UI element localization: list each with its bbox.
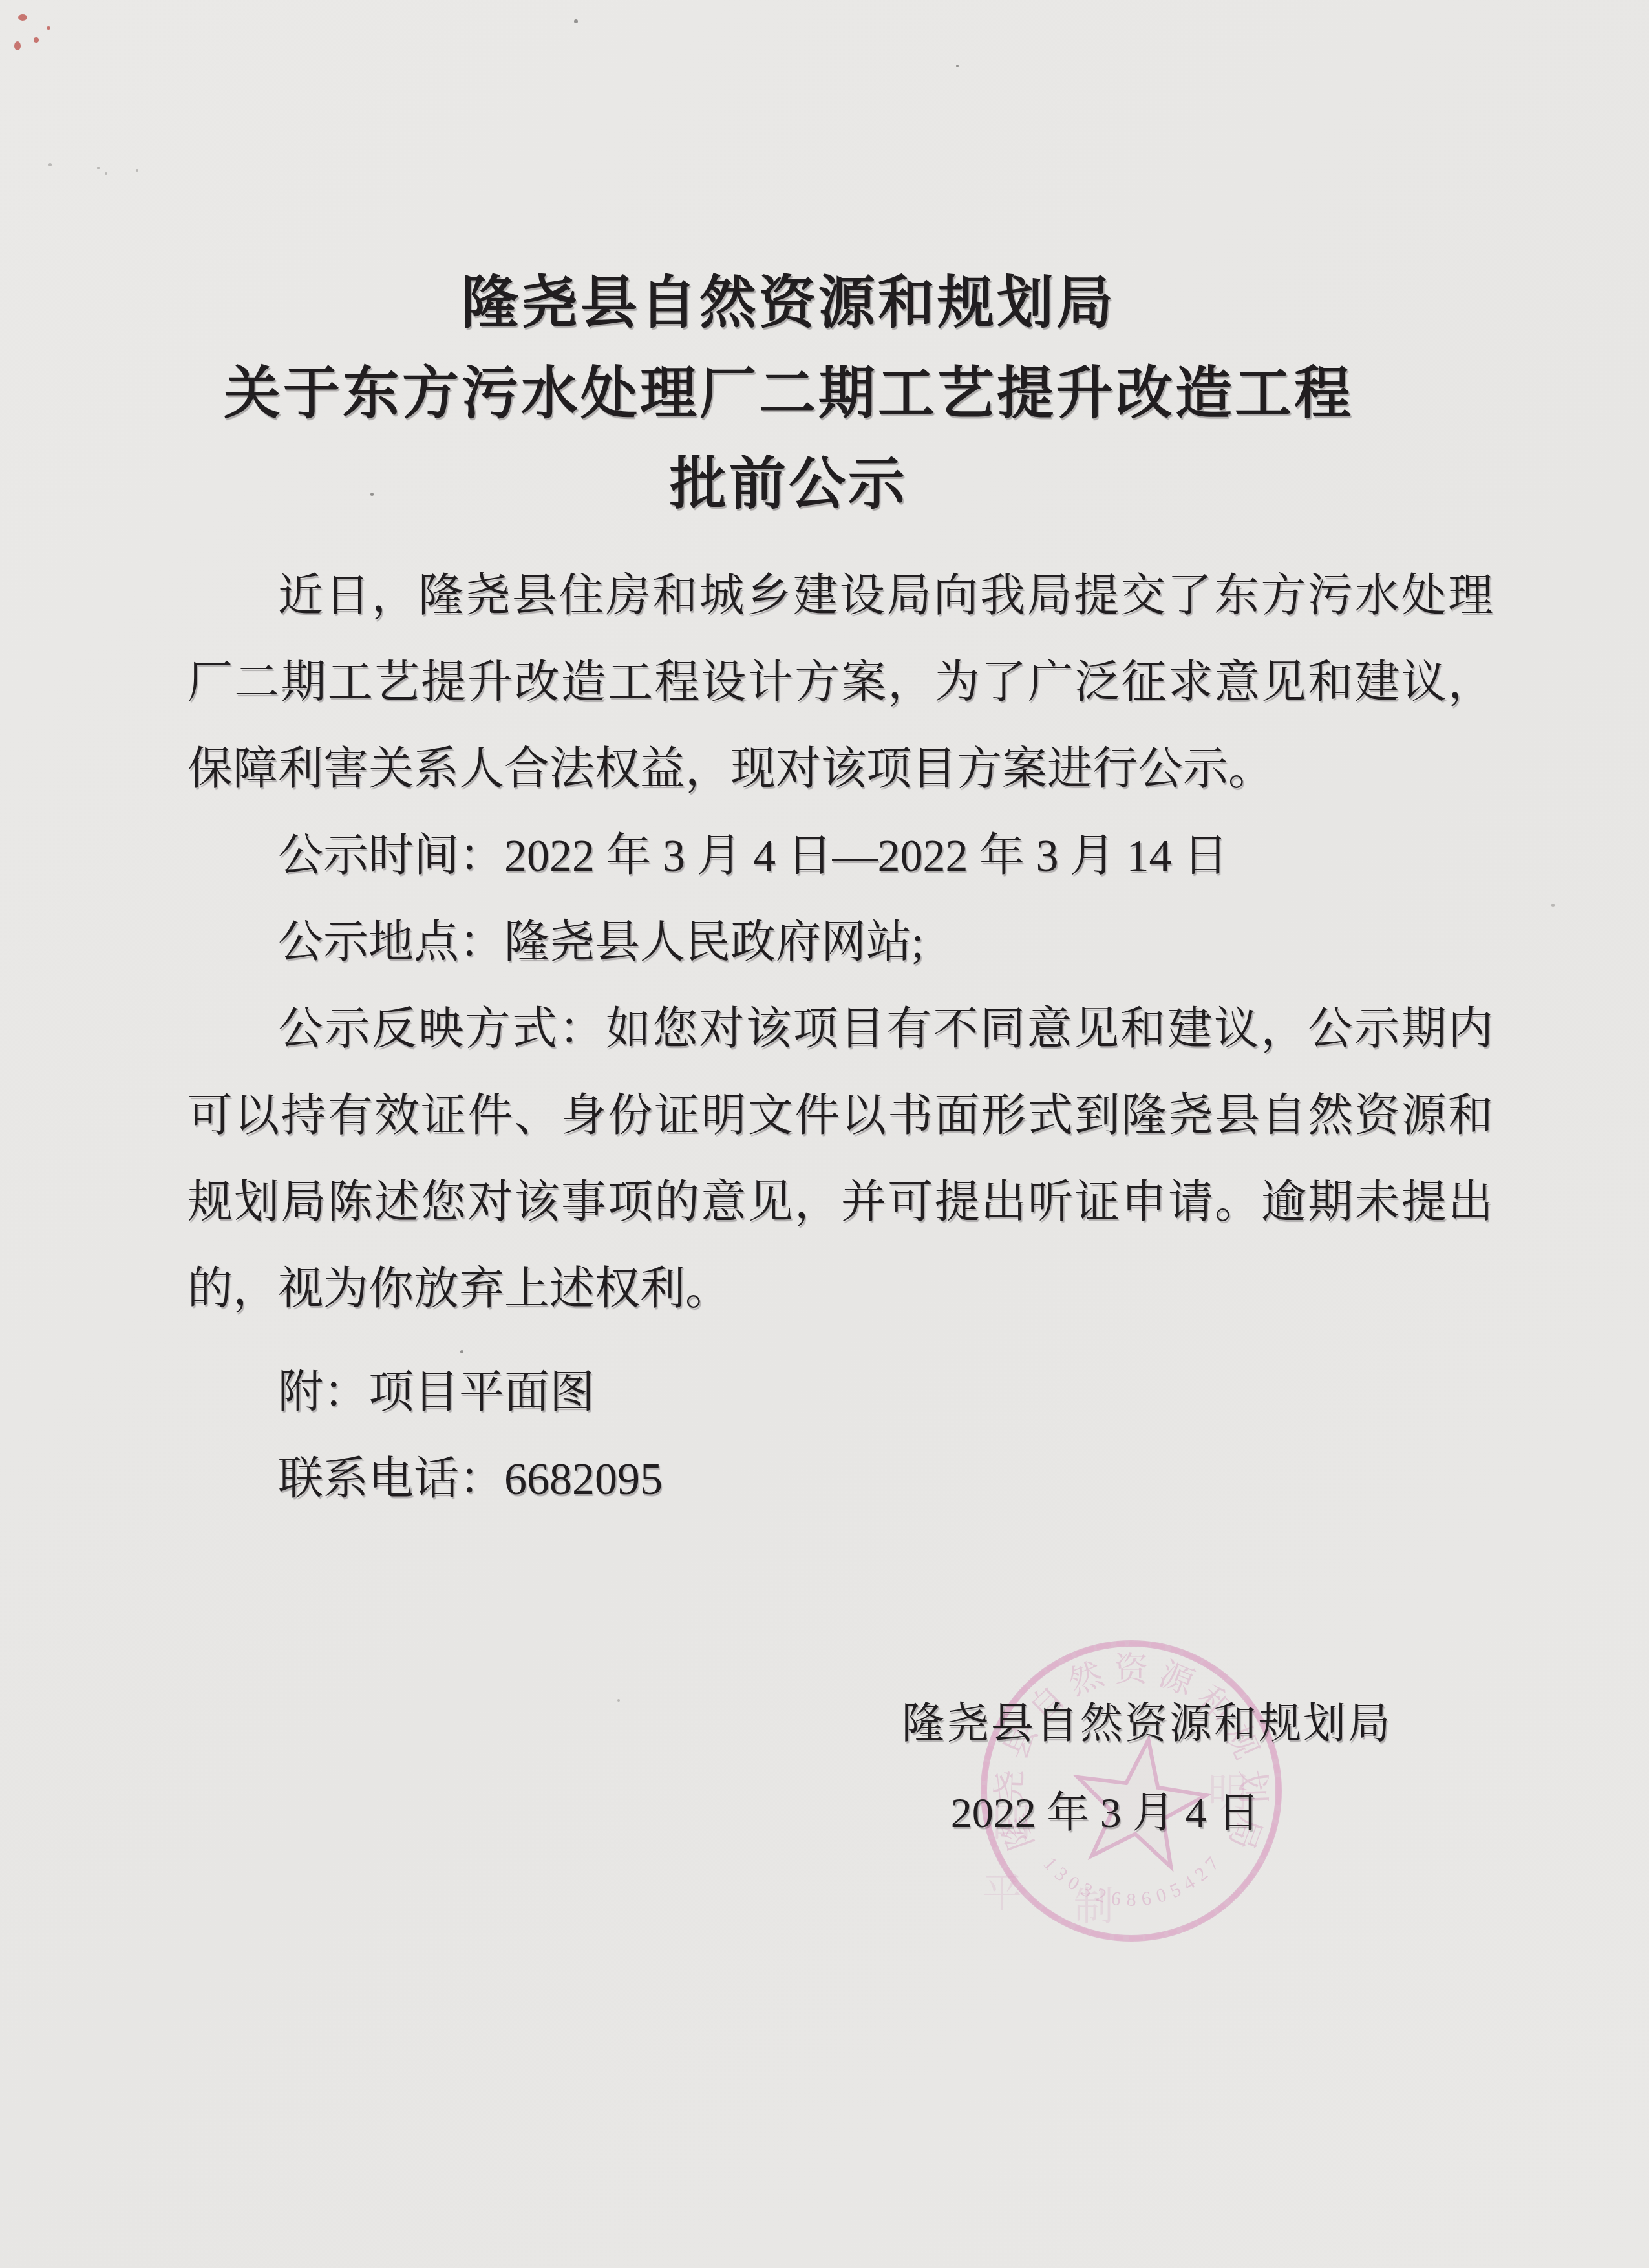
scan-speck xyxy=(14,41,21,50)
seal-code-digit: 2 xyxy=(1094,1884,1109,1907)
seal-ghost-glyph: 平 xyxy=(982,1872,1022,1916)
body-line: 公示反映方式：如您对该项目有不同意见和建议，公示期内 xyxy=(187,994,1493,1065)
body-line: 厂二期工艺提升改造工程设计方案，为了广泛征求意见和建议， xyxy=(187,648,1493,719)
seal-code-digit: 3 xyxy=(1050,1863,1072,1886)
scan-speck xyxy=(956,65,959,67)
scan-speck xyxy=(34,37,39,43)
document-title-line-1: 隆尧县自然资源和规划局 xyxy=(0,259,1577,349)
scan-speck xyxy=(47,26,50,30)
seal-code-digit: 0 xyxy=(1064,1872,1083,1895)
scan-speck xyxy=(617,1699,620,1702)
seal-ghost-glyph: 制 xyxy=(1074,1885,1114,1929)
contact-phone-line: 联系电话：6682095 xyxy=(187,1444,663,1515)
scan-speck xyxy=(48,163,52,166)
seal-code-digit: 6 xyxy=(1110,1887,1122,1910)
body-line: 可以持有效证件、身份证明文件以书面形式到隆尧县自然资源和 xyxy=(187,1081,1493,1152)
signature-organization: 隆尧县自然资源和规划局 xyxy=(902,1689,1392,1760)
seal-code-digit: 2 xyxy=(1191,1863,1212,1886)
seal-code-digit: 4 xyxy=(1179,1872,1198,1895)
scanned-notice-page: 隆尧县自然资源和规划局 关于东方污水处理厂二期工艺提升改造工程 批前公示 近日，… xyxy=(0,0,1649,2268)
seal-code-digit: 5 xyxy=(1167,1879,1184,1902)
seal-code-digit: 3 xyxy=(1078,1879,1096,1902)
body-line: 近日，隆尧县住房和城乡建设局向我局提交了东方污水处理 xyxy=(187,561,1493,632)
scan-speck xyxy=(105,172,107,175)
publicity-period-line: 公示时间：2022 年 3 月 4 日—2022 年 3 月 14 日 xyxy=(187,821,1228,892)
document-title-line-3: 批前公示 xyxy=(0,440,1577,530)
seal-arc-char: 资 xyxy=(1114,1652,1149,1689)
scan-speck xyxy=(574,19,578,23)
seal-code-digit: 8 xyxy=(1127,1889,1136,1910)
attachment-line: 附：项目平面图 xyxy=(187,1358,595,1429)
seal-code-digit: 0 xyxy=(1154,1884,1169,1907)
body-line: 保障利害关系人合法权益，现对该项目方案进行公示。 xyxy=(187,734,1273,806)
body-line: 规划局陈述您对该事项的意见，并可提出听证申请。逾期未提出 xyxy=(187,1168,1493,1239)
publicity-location-line: 公示地点：隆尧县人民政府网站; xyxy=(187,908,924,979)
scan-speck xyxy=(18,14,27,21)
scan-speck xyxy=(460,1350,463,1353)
seal-code-digit: 1 xyxy=(1039,1853,1061,1874)
seal-code-digit: 6 xyxy=(1140,1887,1153,1910)
scan-speck xyxy=(1551,904,1555,907)
signature-date: 2022 年 3 月 4 日 xyxy=(911,1778,1299,1849)
body-line: 的，视为你放弃上述权利。 xyxy=(187,1254,730,1325)
scan-speck xyxy=(136,169,138,172)
seal-code-digit: 7 xyxy=(1201,1853,1224,1874)
document-title-line-2: 关于东方污水处理厂二期工艺提升改造工程 xyxy=(0,349,1577,440)
scan-speck xyxy=(97,167,100,169)
